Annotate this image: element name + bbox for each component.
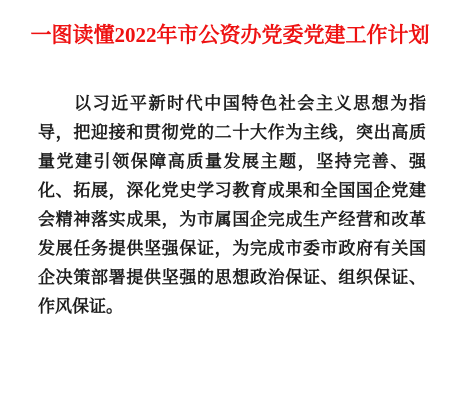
paragraph-line: 化、拓展，深化党史学习教育成果和全国国企党建 bbox=[38, 176, 426, 205]
body-paragraph: 以习近平新时代中国特色社会主义思想为指 导，把迎接和贯彻党的二十大作为主线，突出… bbox=[38, 89, 426, 321]
paragraph-line: 以习近平新时代中国特色社会主义思想为指 bbox=[38, 89, 426, 118]
paragraph-line: 企决策部署提供坚强的思想政治保证、组织保证、 bbox=[38, 263, 426, 292]
page-title: 一图读懂2022年市公资办党委党建工作计划 bbox=[0, 23, 460, 47]
paragraph-line: 导，把迎接和贯彻党的二十大作为主线，突出高质 bbox=[38, 118, 426, 147]
paragraph-line: 会精神落实成果，为市属国企完成生产经营和改革 bbox=[38, 205, 426, 234]
paragraph-line: 发展任务提供坚强保证，为完成市委市政府有关国 bbox=[38, 234, 426, 263]
paragraph-line: 量党建引领保障高质量发展主题，坚持完善、强 bbox=[38, 147, 426, 176]
document-page: 一图读懂2022年市公资办党委党建工作计划 以习近平新时代中国特色社会主义思想为… bbox=[0, 0, 460, 405]
paragraph-line: 作风保证。 bbox=[38, 292, 426, 321]
